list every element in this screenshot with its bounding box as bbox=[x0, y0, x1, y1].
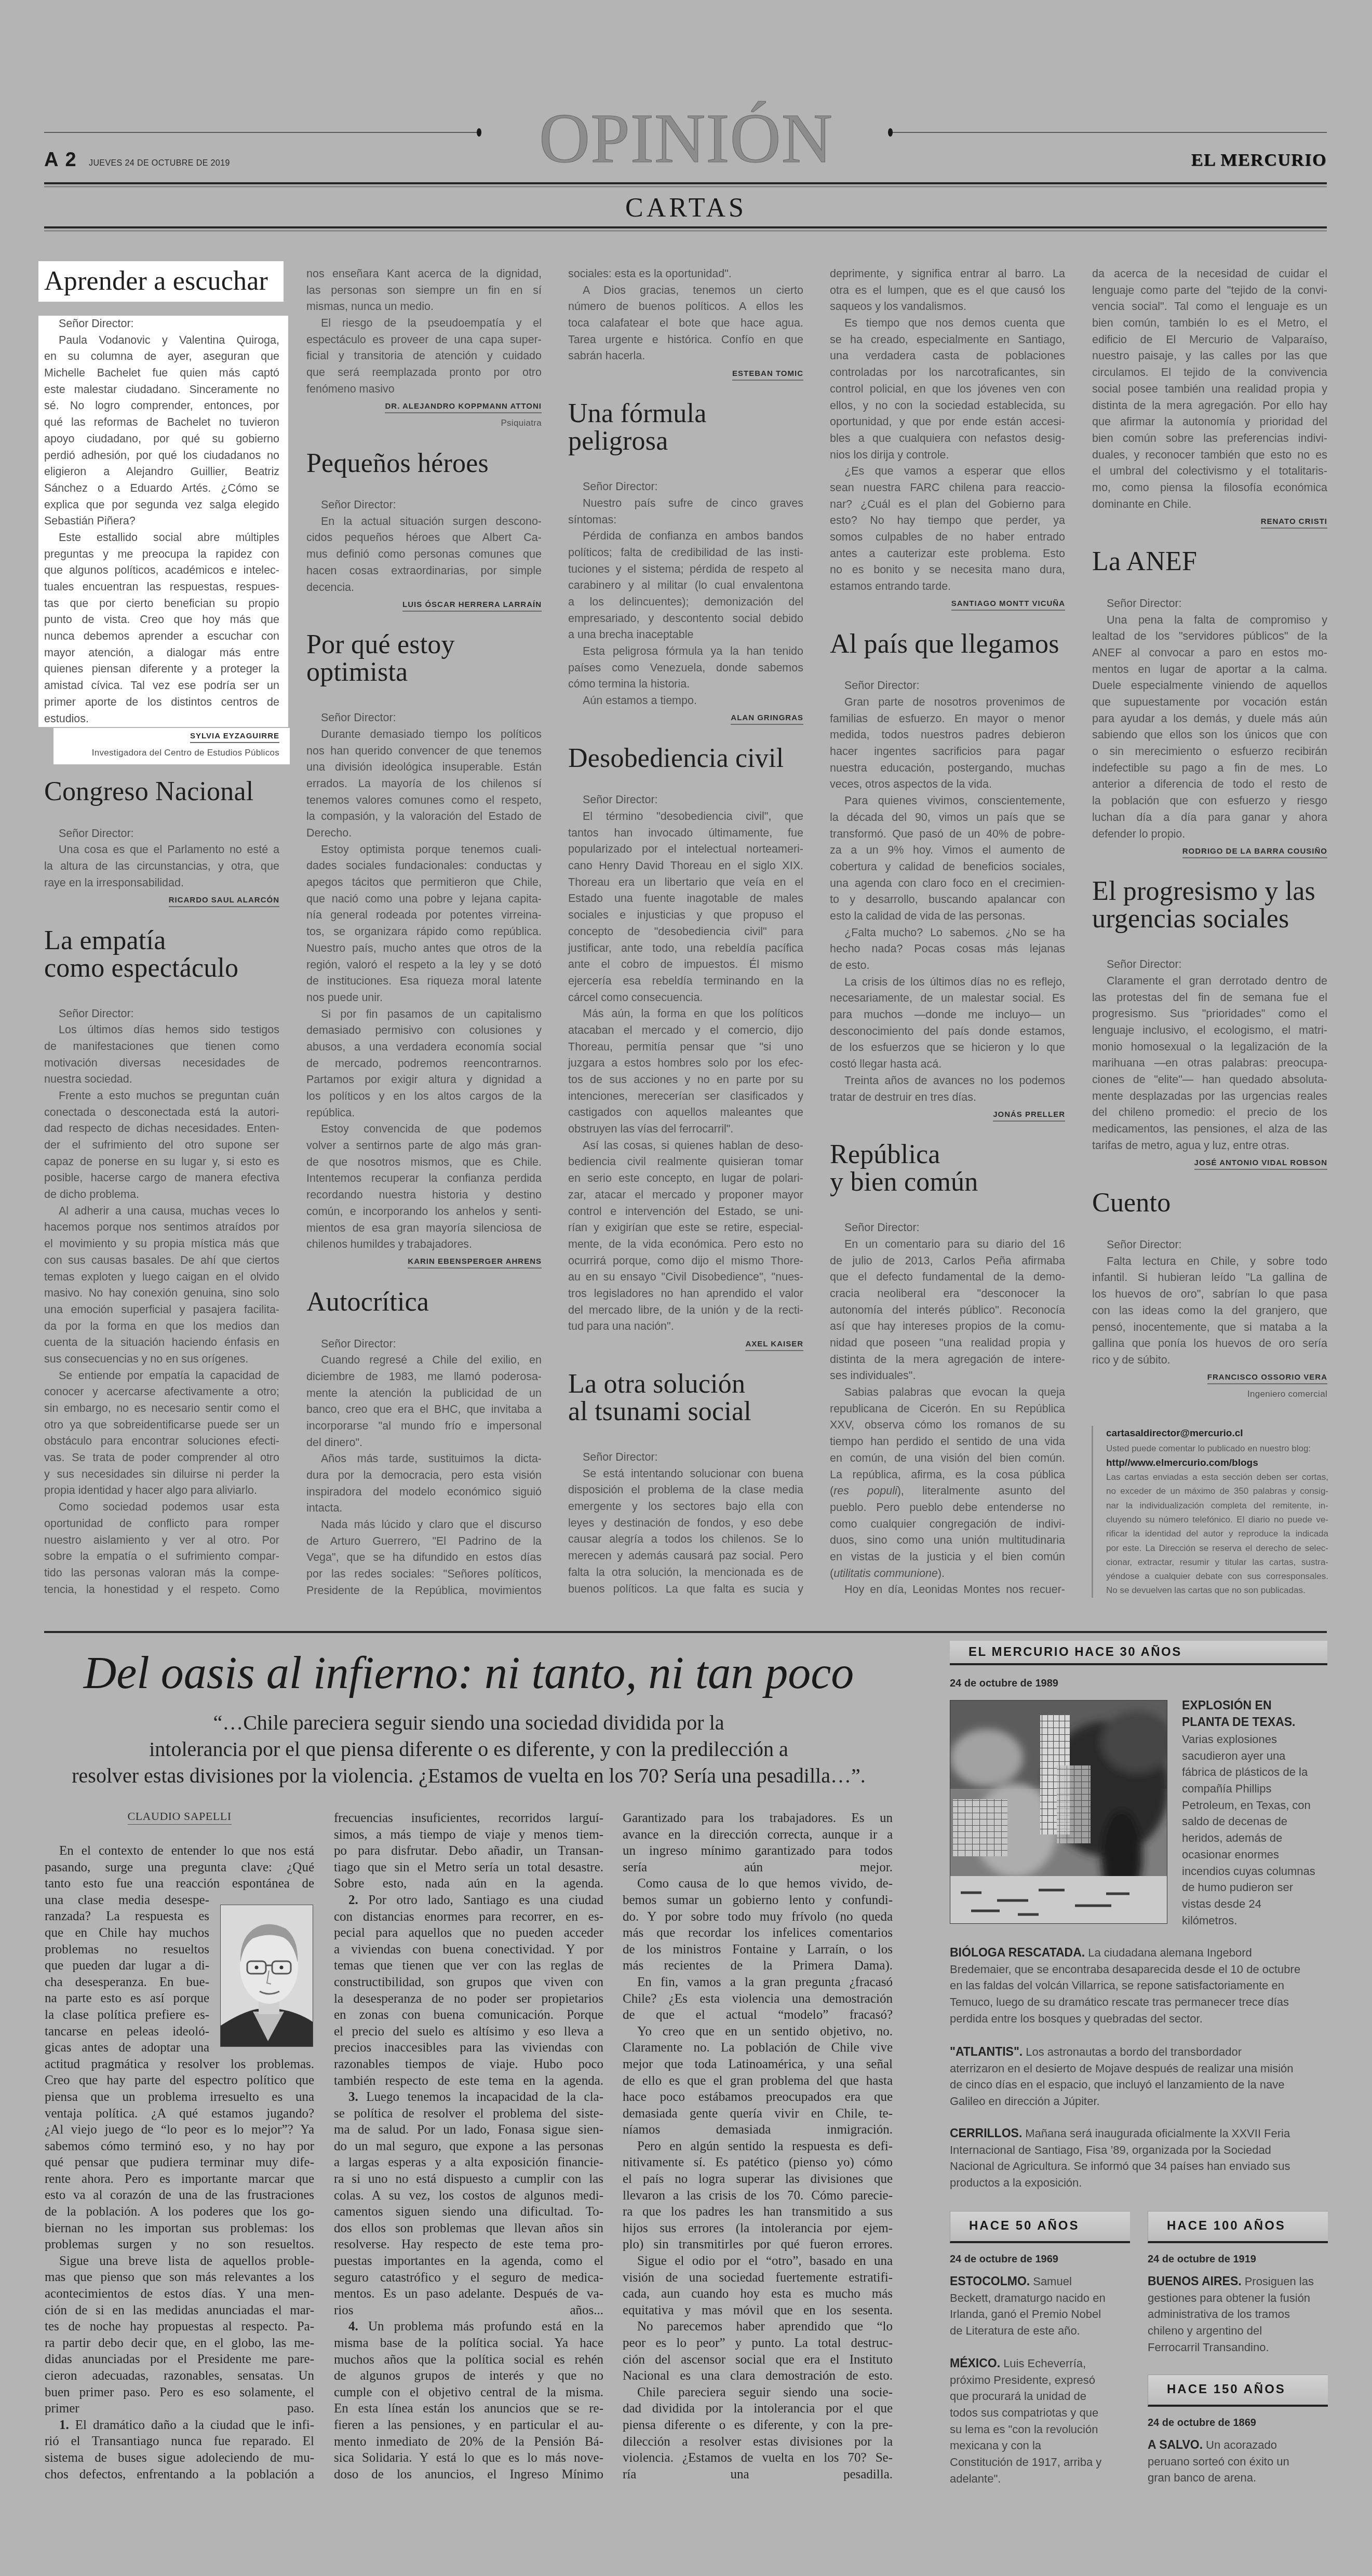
text-line: raye en la irresponsabilidad. bbox=[44, 875, 279, 892]
text-line: Cuando regresé a Chile del exilio, en bbox=[306, 1352, 542, 1369]
text-line: pueblo. Pero pueblo debe entenderse no bbox=[830, 1500, 1065, 1516]
text-line: que pueden dar lugar a di- bbox=[45, 1958, 209, 1974]
text-line: administrativa de los tramos bbox=[1148, 2306, 1327, 2323]
text-line: MÉXICO.Luis Echeverría, bbox=[950, 2355, 1129, 2372]
letter-signature: ALAN GRINGRAS bbox=[568, 710, 803, 726]
text-line: duos, sino como una unión multitudinaria bbox=[830, 1532, 1065, 1549]
item-number: 3. bbox=[348, 2090, 358, 2104]
text-line: problemas no resueltos bbox=[45, 1941, 209, 1958]
text-line: social posee también una realidad propia… bbox=[1092, 381, 1327, 398]
text-line: Creo que hay parte del espectro político… bbox=[45, 2072, 314, 2089]
text-line: para ayudar a los demás, y duele más aún bbox=[1092, 711, 1327, 727]
text-line: las personas son siempre un fin en sí bbox=[306, 282, 542, 299]
paragraph: Sabias palabras que evocan la quejarepub… bbox=[830, 1384, 1065, 1582]
paragraph: Los últimos días hemos sido testigosde m… bbox=[44, 1022, 279, 1088]
text-line: vencia social". Tal como el lenguaje es … bbox=[1092, 299, 1327, 315]
paragraph: sociales: esta es la oportunidad". bbox=[568, 266, 803, 282]
letter-body: nos enseñara Kant acerca de la dignidad,… bbox=[306, 266, 542, 398]
author-name: KARIN EBENSPERGER AHRENS bbox=[408, 1253, 542, 1269]
news-item-cerrillos: CERRILLOS.Mañana será inaugurada oficial… bbox=[950, 2125, 1327, 2191]
refinery-structure bbox=[1057, 1765, 1091, 1843]
newspaper-page: OPINIÓN A 2 JUEVES 24 DE OCTUBRE DE 2019… bbox=[0, 0, 1372, 2576]
section-divider bbox=[44, 1631, 1327, 1633]
letter-signature-block: ALAN GRINGRAS bbox=[568, 710, 803, 726]
text-line: XXV, observa cómo los romanos de su bbox=[830, 1417, 1065, 1434]
letters-column-2: nos enseñara Kant acerca de la dignidad,… bbox=[306, 266, 542, 1599]
text-line: Claramente el gran derrotado dentro de bbox=[1092, 973, 1327, 990]
text-line: tos, se organizara rápido como república… bbox=[306, 924, 542, 940]
letter-title-line: La empatía bbox=[44, 927, 279, 954]
text-line: Internacional de Santiago, Fisa ’89, org… bbox=[950, 2142, 1327, 2159]
paragraph: Así las cosas, si quienes hablan de deso… bbox=[568, 1138, 803, 1335]
letter: Desobediencia civilSeñor Director:El tér… bbox=[568, 745, 803, 1353]
text-line: buen primer paso. Pero es eso solamente,… bbox=[45, 2384, 314, 2401]
deck-line: “…Chile pareciera seguir siendo una soci… bbox=[45, 1709, 893, 1736]
text-line: Chile pareciera seguir siendo una socie- bbox=[623, 2384, 893, 2401]
text-line: mente la atención la publicidad de un bbox=[306, 1385, 542, 1402]
text-line: causar alegría a todos los chilenos. Se … bbox=[568, 1531, 803, 1548]
text-line: Duele especialmente viniendo de aquellos bbox=[1092, 678, 1327, 694]
news-item-biologa: BIÓLOGA RESCATADA.La ciudadana alemana I… bbox=[950, 1945, 1327, 2027]
text-line: Señor Director: bbox=[44, 826, 279, 842]
text-line: sabrán hacerla. bbox=[568, 348, 803, 365]
paragraph: Hoy en día, Leonidas Montes nos recuer- bbox=[830, 1582, 1065, 1598]
text-line: gicas antes de adoptar una bbox=[45, 2040, 209, 2056]
text-line: de Arturo Guerrero, "El Padrino de la bbox=[306, 1533, 542, 1550]
submission-rules-line: Las cartas enviadas a esta sección deben… bbox=[1106, 1470, 1328, 1484]
letter-signature: FRANCISCO OSSORIO VERA bbox=[1092, 1369, 1327, 1386]
blog-url-link[interactable]: http//www.elmercurio.com/blogs bbox=[1106, 1456, 1328, 1470]
text-line: mejor que toda Latinoamérica, y una seña… bbox=[623, 2056, 893, 2073]
paragraph: En un comentario para su diario del 16de… bbox=[830, 1236, 1065, 1384]
text-line: capaz de ponerse en su lugar y, si esto … bbox=[44, 1154, 279, 1170]
text-line: qué pensar que pudiera terminar muy dife… bbox=[45, 2154, 314, 2171]
paragraph: Señor Director: bbox=[44, 826, 279, 842]
text-line: tud para una nación". bbox=[568, 1318, 803, 1335]
author-name: JONÁS PRELLER bbox=[993, 1107, 1065, 1122]
letter-title-line: optimista bbox=[306, 658, 542, 686]
author-name: DR. ALEJANDRO KOPPMANN ATTONI bbox=[385, 398, 542, 413]
text-line: oportunidad, y que por ende están accesi… bbox=[830, 414, 1065, 430]
text-line: peor es lo peor” y punto. La total destr… bbox=[623, 2335, 893, 2352]
text-line: no es bonito y se necesita mano dura, bbox=[830, 562, 1065, 578]
text-line: medicamentos, las pensiones, el alza de … bbox=[1092, 1121, 1327, 1138]
letter-body: da acerca de la necesidad de cuidar elle… bbox=[1092, 266, 1327, 512]
letters-email-link[interactable]: cartasaldirector@mercurio.cl bbox=[1106, 1426, 1328, 1441]
text-line: Es tiempo que nos demos cuenta que bbox=[830, 315, 1065, 332]
paragraph: Esta peligrosa fórmula ya la han tenidop… bbox=[568, 643, 803, 693]
text-line: Al adherir a una causa, muchas veces lo bbox=[44, 1203, 279, 1220]
text-line: sistema de buses sigue adoleciendo de mu… bbox=[45, 2450, 314, 2466]
text-line: resolverse. Hay respecto de este tema pr… bbox=[334, 2236, 603, 2253]
author-name: CLAUDIO SAPELLI bbox=[128, 1810, 232, 1825]
text-line: el país no logra superar las divisiones … bbox=[623, 2171, 893, 2188]
subsection-title: CARTAS bbox=[0, 195, 1372, 222]
submission-rules-line: no exceder de un máximo de 350 palabras … bbox=[1106, 1484, 1328, 1498]
subsection-double-rule-dark bbox=[44, 226, 1327, 228]
text-segment: Un acorazado bbox=[1206, 2438, 1277, 2451]
text-line: Nuestro país, mucho antes que otros de l… bbox=[306, 940, 542, 957]
letter-continuation: sociales: esta es la oportunidad".A Dios… bbox=[568, 266, 803, 382]
letter-title-line: Al país que llegamos bbox=[830, 630, 1065, 658]
smoke-light bbox=[950, 1729, 1023, 1786]
text-line: monio homosexual o la legalización de la bbox=[1092, 1039, 1327, 1056]
hace-30-anos-date: 24 de octubre de 1989 bbox=[950, 1675, 1058, 1692]
text-line: de ello es que el gran problema del que … bbox=[623, 2073, 893, 2089]
text-line: costó llegar hasta acá. bbox=[830, 1056, 1065, 1073]
letter: AutocríticaSeñor Director:Cuando regresé… bbox=[306, 1288, 542, 1599]
letter-title-line: urgencias sociales bbox=[1092, 905, 1327, 933]
paragraph: Señor Director: bbox=[568, 1449, 803, 1466]
text-line: incendios cuyas columnas bbox=[1182, 1863, 1327, 1880]
text-line: bemos sumar un gobierno lento y confundi… bbox=[623, 1892, 893, 1909]
paragraph: Pero en algún sentido la respuesta es de… bbox=[623, 2138, 893, 2253]
letter: Por qué estoyoptimistaSeñor Director:Dur… bbox=[306, 631, 542, 1270]
letter-title-line: Desobediencia civil bbox=[568, 745, 803, 772]
text-line: cobertura y calidad de beneficios social… bbox=[830, 859, 1065, 875]
letter-title-line: y bien común bbox=[830, 1168, 1065, 1196]
text-line: mentos. Es un paso adelante. Después de … bbox=[334, 2286, 603, 2302]
letter-body: Señor Director:Durante demasiado tiempo … bbox=[306, 710, 542, 1253]
letter-signature-block: JONÁS PRELLER bbox=[830, 1107, 1065, 1123]
text-line: mente desplazadas por las urgencias real… bbox=[1092, 1088, 1327, 1105]
text-segment: Prosiguen las bbox=[1245, 2275, 1314, 2288]
paragraph: Al adherir a una causa, muchas veces loh… bbox=[44, 1203, 279, 1368]
letter-body: Señor Director:Una pena la falta de comp… bbox=[1092, 596, 1327, 842]
text-line: dad respecto de dichas necesidades. Ente… bbox=[44, 1121, 279, 1137]
text-line: Señor Director: bbox=[44, 1006, 279, 1022]
news-item-a-salvo: A SALVO.Un acorazadoperuano sorteó con é… bbox=[1148, 2437, 1327, 2486]
text-line: tratar de destruir en tres días. bbox=[830, 1089, 1065, 1106]
letter-title-line: Por qué estoy bbox=[306, 631, 542, 658]
paragraph: Señor Director: bbox=[44, 316, 279, 332]
text-line: nidad que poseen "una realidad propia y bbox=[830, 1335, 1065, 1352]
text-line: Para quienes vivimos, conscientemente, bbox=[830, 793, 1065, 810]
text-line: aterrizaron en el desierto de Mojave des… bbox=[950, 2060, 1327, 2077]
paragraph: Estoy optimista porque tenemos cuali-dad… bbox=[306, 842, 542, 1006]
paragraph: Claramente el gran derrotado dentro dela… bbox=[1092, 973, 1327, 1154]
text-line: pasando, surge una pregunta clave: ¿Qué bbox=[45, 1859, 314, 1876]
text-line: chos defectos, enfrentando a la població… bbox=[45, 2466, 314, 2483]
text-line: Los últimos días hemos sido testigos bbox=[44, 1022, 279, 1039]
text-line: mentos en lugar de aportar a la calma. bbox=[1092, 662, 1327, 678]
text-line: Señor Director: bbox=[306, 710, 542, 726]
text-segment: El dramático daño a la ciudad que le inf… bbox=[69, 2418, 314, 2432]
text-line: anterior a diferencia de todo el resto d… bbox=[1092, 776, 1327, 793]
text-line: Partamos por exigir altura y dignidad a bbox=[306, 1072, 542, 1088]
text-line: veces, otros aspectos de la vida. bbox=[830, 776, 1065, 793]
text-line: adelante". bbox=[950, 2471, 1129, 2487]
text-line: falta la otra solución, la mencionada es… bbox=[568, 1565, 803, 1581]
text-line: sean nuestra FARC chilena para reaccio- bbox=[830, 480, 1065, 496]
text-line: la compasión, y la valoración del Estado… bbox=[306, 808, 542, 825]
text-line: punto de vista. Creo que hoy más que bbox=[44, 612, 279, 628]
text-segment: Samuel bbox=[1033, 2275, 1072, 2288]
text-line: popularizado por el intelectual norteame… bbox=[568, 841, 803, 858]
text-line: de los esfuerzos que se hicieron y lo qu… bbox=[830, 1040, 1065, 1056]
paragraph: Señor Director: bbox=[1092, 1237, 1327, 1253]
paragraph: Este estallido social abre múltiplespreg… bbox=[44, 530, 279, 727]
paragraph: Garantizado para los trabajadores. Es un… bbox=[623, 1810, 893, 1876]
letter-title: Autocrítica bbox=[306, 1288, 542, 1316]
text-line: amistad cívica. Tal vez ese podría ser u… bbox=[44, 678, 279, 694]
letter-body: Señor Director:El término "desobediencia… bbox=[568, 792, 803, 1335]
paragraph: Señor Director: bbox=[306, 497, 542, 514]
text-line: BUENOS AIRES.Prosiguen las bbox=[1148, 2273, 1327, 2290]
text-line: juzgara a estos hombres solo por los efe… bbox=[568, 1055, 803, 1072]
letter-signature-block: AXEL KAISER bbox=[568, 1336, 803, 1353]
paragraph: A Dios gracias, tenemos un ciertonúmero … bbox=[568, 282, 803, 365]
text-line: tanto esto fue una reacción espontánea d… bbox=[45, 1876, 314, 1892]
text-segment: utilitatis communione bbox=[833, 1567, 938, 1580]
text-line: gestiones para obtener la fusión bbox=[1148, 2290, 1327, 2307]
text-line: Sabias palabras que evocan la queja bbox=[830, 1384, 1065, 1401]
text-line: ANEF al convocar a paro en estos mo- bbox=[1092, 645, 1327, 662]
text-line: ranzada? La respuesta es bbox=[45, 1908, 209, 1925]
text-line: eligieron a Alejandro Guillier, Beatriz bbox=[44, 464, 279, 480]
text-line: rico y de súbito. bbox=[1092, 1352, 1327, 1369]
text-line: mientos de esa gran mayoría silenciosa d… bbox=[306, 1220, 542, 1237]
text-line: común, e incorporando los anhelos y sent… bbox=[306, 1204, 542, 1220]
paragraph: Como sociedad podemos usar estaoportunid… bbox=[44, 1499, 279, 1598]
text-line: nunca debemos aprender a escuchar con bbox=[44, 628, 279, 645]
portrait-eye-right bbox=[280, 1966, 284, 1970]
text-line: ante el cobro de impuestos. Él mismo bbox=[568, 956, 803, 973]
hace-150-anos-header: HACE 150 AÑOS bbox=[1148, 2375, 1328, 2407]
text-line: El riesgo de la pseudoempatía y el bbox=[306, 315, 542, 332]
text-segment: ), literalmente asunto del bbox=[897, 1485, 1065, 1497]
author-name: ESTEBAN TOMIC bbox=[732, 366, 803, 381]
text-line: de instituciones. Esa riqueza moral late… bbox=[306, 973, 542, 990]
text-line: diciembre de 1983, me llamó poderosa- bbox=[306, 1369, 542, 1385]
text-line: razonables tiempos de viaje. Hubo poco bbox=[334, 2056, 603, 2073]
text-line: gran banco de arena. bbox=[1148, 2470, 1327, 2486]
letters-column-5: da acerca de la necesidad de cuidar elle… bbox=[1092, 266, 1327, 1598]
letter-title-line: Pequeños héroes bbox=[306, 450, 542, 477]
text-line: ción de si en las medidas anunciadas el … bbox=[45, 2302, 314, 2319]
text-line: somos culpables de no haber entrado bbox=[830, 529, 1065, 546]
letter-title: La empatíacomo espectáculo bbox=[44, 927, 279, 982]
text-line: que afirmar la autonomía y prioridad del bbox=[1092, 414, 1327, 430]
text-line: to y desarrollo, buscando apalancar con bbox=[830, 892, 1065, 908]
paragraph: Señor Director: bbox=[830, 1220, 1065, 1236]
text-line: tros legisladores no han aprendido el va… bbox=[568, 1286, 803, 1302]
text-line: otra es el lumpen, que es el que causó l… bbox=[830, 282, 1065, 299]
text-line: Nuestro país sufre de cinco graves bbox=[568, 495, 803, 512]
text-line: de mercado, podremos reencontrarnos. bbox=[306, 1056, 542, 1072]
feature-texas-explosion: EXPLOSIÓN ENPLANTA DE TEXAS.Varias explo… bbox=[1182, 1697, 1327, 1928]
text-line: Señor Director: bbox=[568, 479, 803, 495]
paragraph: Señor Director: bbox=[830, 678, 1065, 694]
text-line: duales, y reconocer también que esto no … bbox=[1092, 447, 1327, 464]
letter-signature-block: LUIS ÓSCAR HERRERA LARRAÍN bbox=[306, 597, 542, 613]
text-line: fieren a las pensiones, y en particular … bbox=[334, 2417, 603, 2434]
text-line: Señor Director: bbox=[306, 1336, 542, 1353]
text-line: una verdadera casta de poblaciones bbox=[830, 348, 1065, 365]
text-segment: Luis Echeverría, bbox=[1003, 2357, 1086, 2370]
portrait-eye-left bbox=[255, 1966, 259, 1970]
text-line: tiago que sin el Metro sería un total de… bbox=[334, 1859, 603, 1876]
paragraph: Se está intentando solucionar con buenad… bbox=[568, 1466, 803, 1598]
paragraph: Señor Director: bbox=[1092, 956, 1327, 973]
letter: Congreso NacionalSeñor Director:Una cosa… bbox=[44, 778, 279, 909]
text-line: con las ideas como la del granjero, que bbox=[1092, 1303, 1327, 1319]
text-line: del mercado libre, de la unión y de la r… bbox=[568, 1302, 803, 1319]
text-line: mayor atención, a dialogar más entre bbox=[44, 645, 279, 662]
text-line: hecho nada? Pocas cosas más lejanas bbox=[830, 941, 1065, 957]
text-line: do. Y por sobre todo muy frívolo (no que… bbox=[623, 1909, 893, 1925]
text-line: nía general rodeada por potentes virrein… bbox=[306, 907, 542, 924]
text-line: masivo. No hay conexión genuina, sino so… bbox=[44, 1285, 279, 1302]
text-line: sobre la empatía o el sufrimiento compar… bbox=[44, 1548, 279, 1565]
text-line: que procurará la unidad de bbox=[950, 2388, 1129, 2405]
text-line: pensó, inocentemente, que si mataba a la bbox=[1092, 1319, 1327, 1336]
letter-title: Una fórmulapeligrosa bbox=[568, 400, 803, 455]
paragraph: Chile pareciera seguir siendo una socie-… bbox=[623, 2384, 893, 2483]
text-segment: La ciudadana alemana Ingebord bbox=[1088, 1946, 1252, 1959]
text-line: circulamos. El tejido de la convivencia bbox=[1092, 365, 1327, 381]
text-line: de esto. bbox=[830, 957, 1065, 974]
text-line: dad dividida por la intolerancia por el … bbox=[623, 2400, 893, 2417]
text-line: der el sufrimiento del otro supone ser bbox=[44, 1137, 279, 1154]
text-line: simos, a más tiempo de viaje y menos tie… bbox=[334, 1827, 603, 1843]
text-segment: Por otro lado, Santiago es una ciudad bbox=[358, 1893, 603, 1907]
article-column-3: Garantizado para los trabajadores. Es un… bbox=[623, 1810, 893, 2483]
deck-line: resolver estas divisiones por la violenc… bbox=[45, 1762, 893, 1789]
text-line: productos a la exposición. bbox=[950, 2175, 1327, 2191]
text-line: la altura de las circunstancias, y otra,… bbox=[44, 858, 279, 875]
text-line: bediencia civil realmente quisieran toma… bbox=[568, 1154, 803, 1170]
text-line: Gran parte de nosotros provenimos de bbox=[830, 694, 1065, 711]
paragraph: El término "desobediencia civil", quetan… bbox=[568, 808, 803, 1006]
text-line: de manifestaciones que tienen como bbox=[44, 1039, 279, 1055]
text-line: propia identidad y hacer algo para alivi… bbox=[44, 1482, 279, 1499]
page-number: A 2 bbox=[44, 151, 77, 169]
letter-body: sociales: esta es la oportunidad".A Dios… bbox=[568, 266, 803, 365]
text-line: Galileo en dirección a Júpiter. bbox=[950, 2093, 1327, 2110]
text-line: motivación diversas necesidades de bbox=[44, 1055, 279, 1072]
text-line: puestas importantes en la agenda, como e… bbox=[334, 2253, 603, 2270]
text-line: infantil. Si hubieran leído "La gallina … bbox=[1092, 1270, 1327, 1286]
letter: Una fórmulapeligrosaSeñor Director:Nuest… bbox=[568, 400, 803, 726]
author-name: SANTIAGO MONTT VICUÑA bbox=[951, 596, 1065, 611]
text-line: Irlanda, ganó el Premio Nobel bbox=[950, 2306, 1129, 2323]
text-line: de dicho problema. bbox=[44, 1186, 279, 1203]
letter-signature-block: RICARDO SAUL ALARCÓN bbox=[44, 892, 279, 909]
text-line: Sigue una breve lista de aquellos proble… bbox=[45, 2253, 314, 2270]
text-line: heridos, además de bbox=[1182, 1830, 1327, 1846]
text-line: atacaban el mercado y el comercio, dijo bbox=[568, 1022, 803, 1039]
letter-body: Señor Director:En la actual situación su… bbox=[306, 497, 542, 596]
item-kicker: A SALVO. bbox=[1148, 2438, 1203, 2451]
text-line: hace poco estábamos preocupados era que bbox=[623, 2089, 893, 2106]
text-line: Bredemaier, que se encontraba desapareci… bbox=[950, 1961, 1327, 1978]
item-kicker: "ATLANTIS". bbox=[950, 2045, 1023, 2058]
header-double-rule-light bbox=[44, 186, 1327, 187]
issue-date: JUEVES 24 DE OCTUBRE DE 2019 bbox=[89, 158, 230, 169]
letter-signature: RENATO CRISTI bbox=[1092, 514, 1327, 530]
hace-30-anos-title: EL MERCURIO HACE 30 AÑOS bbox=[950, 1641, 1327, 1663]
text-line: Nada más lúcido y claro que el discurso bbox=[306, 1517, 542, 1533]
hace-50-anos-date: 24 de octubre de 1969 bbox=[950, 2251, 1058, 2268]
letter-signature: KARIN EBENSPERGER AHRENS bbox=[306, 1253, 542, 1270]
text-line: ría una pesadilla. bbox=[623, 2466, 893, 2483]
letter-continuation: da acerca de la necesidad de cuidar elle… bbox=[1092, 266, 1327, 530]
text-line: Pérdida de confianza en ambos bandos bbox=[568, 528, 803, 545]
paragraph: Se entiende por empatía la capacidad dec… bbox=[44, 1368, 279, 1500]
text-line: cha desesperanza. En bue- bbox=[45, 1974, 209, 1991]
text-line: mus definió como personas comunes que bbox=[306, 546, 542, 563]
text-line: Falta lectura en Chile, y sobre todo bbox=[1092, 1253, 1327, 1270]
letter-title: El progresismo y lasurgencias sociales bbox=[1092, 878, 1327, 933]
text-line: Yo creo que en un sentido objetivo, no. bbox=[623, 2024, 893, 2040]
text-line: hijos sus errores (la intolerancia por e… bbox=[623, 2220, 893, 2237]
text-line: tiempo han perdido el sentido de una vid… bbox=[830, 1434, 1065, 1450]
text-line: A SALVO.Un acorazado bbox=[1148, 2437, 1327, 2453]
text-line: los huevos de oro", sabrían lo que pasa bbox=[1092, 1286, 1327, 1303]
text-line: esto va al corazón de una de las frustra… bbox=[45, 2187, 314, 2204]
text-line: mismas, nunca un medio. bbox=[306, 299, 542, 315]
paragraph: Falta lectura en Chile, y sobre todoinfa… bbox=[1092, 1253, 1327, 1369]
text-line: este malestar ciudadano. Sinceramente no bbox=[44, 382, 279, 398]
news-item-estocolmo: ESTOCOLMO.SamuelBeckett, dramaturgo naci… bbox=[950, 2273, 1129, 2339]
text-line: Una cosa es que el Parlamento no esté a bbox=[44, 842, 279, 858]
author-name: JOSÉ ANTONIO VIDAL ROBSON bbox=[1194, 1155, 1327, 1170]
text-line: mo, como piensa la filosofía económica bbox=[1092, 480, 1327, 496]
text-line: distinta de la mera agregación de intere… bbox=[830, 1352, 1065, 1368]
text-line: más recientes de la Primera Dama). bbox=[623, 1958, 893, 1974]
text-line: Intentemos recuperar la confianza perdid… bbox=[306, 1170, 542, 1187]
text-line: Señor Director: bbox=[1092, 956, 1327, 973]
text-line: Ferrocarril Transandino. bbox=[1148, 2339, 1327, 2356]
text-line: rente ahora. Pero es importante marcar q… bbox=[45, 2171, 314, 2188]
text-segment: Mañana será inaugurada oficialmente la X… bbox=[1025, 2127, 1290, 2140]
paragraph: La crisis de los últimos días no es refl… bbox=[830, 974, 1065, 1073]
text-line: rios años... bbox=[334, 2302, 603, 2319]
text-line: primer paso. bbox=[45, 2400, 314, 2417]
letter-title: Cuento bbox=[1092, 1189, 1327, 1217]
text-line: de los ministros Fontaine y Larraín, o l… bbox=[623, 1941, 893, 1958]
paragraph: Aún estamos a tiempo. bbox=[568, 693, 803, 709]
item-kicker: BUENOS AIRES. bbox=[1148, 2274, 1242, 2288]
text-line: progresismo. Sus "prioridades" como el bbox=[1092, 1006, 1327, 1022]
text-line: y sus necesidades sin diluirse ni perder… bbox=[44, 1466, 279, 1483]
letters-column-3: sociales: esta es la oportunidad".A Dios… bbox=[568, 266, 803, 1597]
text-line: Vega", que se ha difundido en estos días bbox=[306, 1549, 542, 1566]
text-line: bles a que cualquiera con nefastos desig… bbox=[830, 430, 1065, 447]
text-line: control policial, en que los jóvenes ven… bbox=[830, 381, 1065, 398]
text-line: sabemos cómo terminó eso, y no hay por bbox=[45, 2138, 314, 2155]
hace-30-anos-header: EL MERCURIO HACE 30 AÑOS bbox=[950, 1641, 1327, 1665]
text-line: espectáculo es proveer de una capa super… bbox=[306, 332, 542, 348]
text-line: ciones de "elite"— han quedado absoluta- bbox=[1092, 1072, 1327, 1088]
text-line: luchan día a día para ganar y ahora bbox=[1092, 810, 1327, 826]
hace-100-anos-title: HACE 100 AÑOS bbox=[1148, 2211, 1328, 2241]
text-line: Estoy convencida de que podemos bbox=[306, 1121, 542, 1138]
text-line: en serio este concepto, en lugar de pola… bbox=[568, 1170, 803, 1187]
text-segment: Los astronautas a bordo del transbordado… bbox=[1026, 2045, 1242, 2058]
text-line: bien común, también lo es el Metro, el bbox=[1092, 315, 1327, 332]
text-line: para muchos —donde me incluyo— un bbox=[830, 1007, 1065, 1023]
letter: La otra soluciónal tsunami socialSeñor D… bbox=[568, 1370, 803, 1597]
text-line: tes de noche hay propuestas al respecto.… bbox=[45, 2318, 314, 2335]
letters-submission-info: cartasaldirector@mercurio.clUsted puede … bbox=[1092, 1426, 1328, 1598]
paragraph: Si por fin pasamos de un capitalismodema… bbox=[306, 1006, 542, 1122]
text-line: preguntas y me preocupa la rapidez con bbox=[44, 546, 279, 563]
paragraph: El riesgo de la pseudoempatía y elespect… bbox=[306, 315, 542, 397]
text-line: una división ideológica insuperable. Est… bbox=[306, 759, 542, 776]
text-line: estudios. bbox=[44, 711, 279, 727]
